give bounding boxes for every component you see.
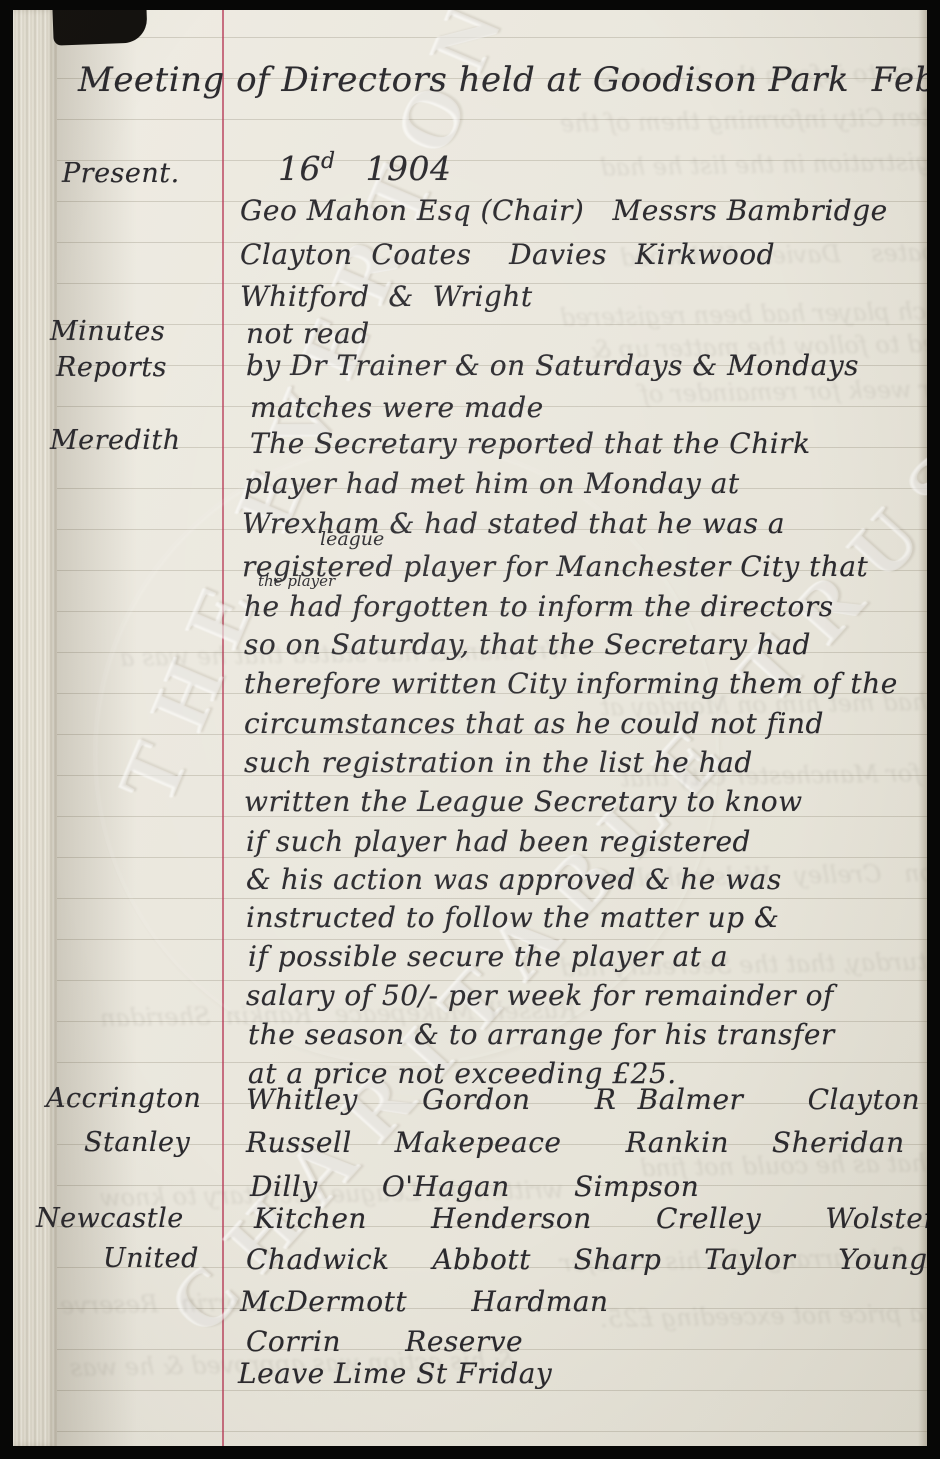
page-title: Meeting of Directors held at Goodison Pa… xyxy=(78,60,927,100)
margin-label-stanley: Stanley xyxy=(84,1127,190,1158)
handwritten-line: therefore written City informing them of… xyxy=(244,667,898,700)
margin-label-reports: Reports xyxy=(56,352,167,383)
handwritten-line: registered player for Manchester City th… xyxy=(242,550,868,583)
handwritten-line: such registration in the list he had xyxy=(244,746,753,779)
team-lineup-line: Corrin Reserve xyxy=(246,1325,523,1358)
handwritten-line: circumstances that as he could not find xyxy=(244,707,824,740)
date-day: 16 xyxy=(278,149,321,188)
handwritten-line: Geo Mahon Esq (Chair) Messrs Bambridge xyxy=(240,194,888,227)
team-lineup-line: Kitchen Henderson Crelley Wolstenholme xyxy=(254,1202,927,1235)
team-lineup-line: Whitley Gordon R Balmer Clayton xyxy=(246,1083,920,1116)
handwritten-line: if such player had been registered xyxy=(246,825,751,858)
handwritten-line: not read xyxy=(246,317,370,350)
team-lineup-line: Dilly O'Hagan Simpson xyxy=(250,1170,699,1203)
handwritten-line: Leave Lime St Friday xyxy=(238,1357,552,1390)
interlinear-insertion-the-player: the player xyxy=(258,572,335,590)
show-through-text: at a price not exceeding £25. xyxy=(600,1299,927,1333)
show-through-text: therefore written City informing them of… xyxy=(560,100,927,137)
handwritten-line: by Dr Trainer & on Saturdays & Mondays xyxy=(246,349,859,382)
page-corner-shadow xyxy=(52,10,147,46)
handwritten-line: salary of 50/- per week for remainder of xyxy=(246,979,834,1012)
interlinear-insertion-league: league xyxy=(320,528,384,550)
handwritten-line: he had forgotten to inform the directors xyxy=(244,590,834,623)
margin-label-accrington: Accrington xyxy=(46,1083,201,1114)
margin-label-present: Present. xyxy=(62,158,180,189)
handwritten-line: The Secretary reported that the Chirk xyxy=(250,427,811,460)
show-through-text: Corrin Reserve xyxy=(60,1288,260,1319)
handwritten-line: instructed to follow the matter up & xyxy=(246,901,779,934)
team-lineup-line: McDermott Hardman xyxy=(240,1285,609,1318)
margin-label-meredith: Meredith xyxy=(50,425,181,456)
minute-book-photograph: THE EVERTON COLLECTION CHARITABLE TRUST … xyxy=(0,0,940,1459)
handwritten-line: matches were made xyxy=(250,391,544,424)
minute-book-page: THE EVERTON COLLECTION CHARITABLE TRUST … xyxy=(13,10,927,1446)
handwritten-line: Whitford & Wright xyxy=(240,280,533,313)
handwritten-line: the season & to arrange for his transfer xyxy=(248,1018,835,1051)
margin-label-newcastle: Newcastle xyxy=(36,1203,184,1234)
date-year: 1904 xyxy=(366,149,452,188)
handwritten-line: & his action was approved & he was xyxy=(246,863,782,896)
margin-label-united: United xyxy=(103,1243,199,1274)
show-through-text: if such player had been registered xyxy=(560,296,927,331)
handwritten-line: written the League Secretary to know xyxy=(244,785,803,818)
margin-label-minutes: Minutes xyxy=(50,316,165,347)
team-lineup-line: Russell Makepeace Rankin Sheridan xyxy=(246,1126,905,1159)
team-lineup-line: Chadwick Abbott Sharp Taylor Young xyxy=(246,1243,927,1276)
handwritten-line: Clayton Coates Davies Kirkwood xyxy=(240,238,775,271)
date-suffix: d xyxy=(321,149,336,174)
show-through-text: such registration in the list he had xyxy=(600,146,927,181)
handwritten-line: if possible secure the player at a xyxy=(248,940,728,973)
handwritten-line: so on Saturday, that the Secretary had xyxy=(244,628,811,661)
handwritten-line: player had met him on Monday at xyxy=(244,467,740,500)
